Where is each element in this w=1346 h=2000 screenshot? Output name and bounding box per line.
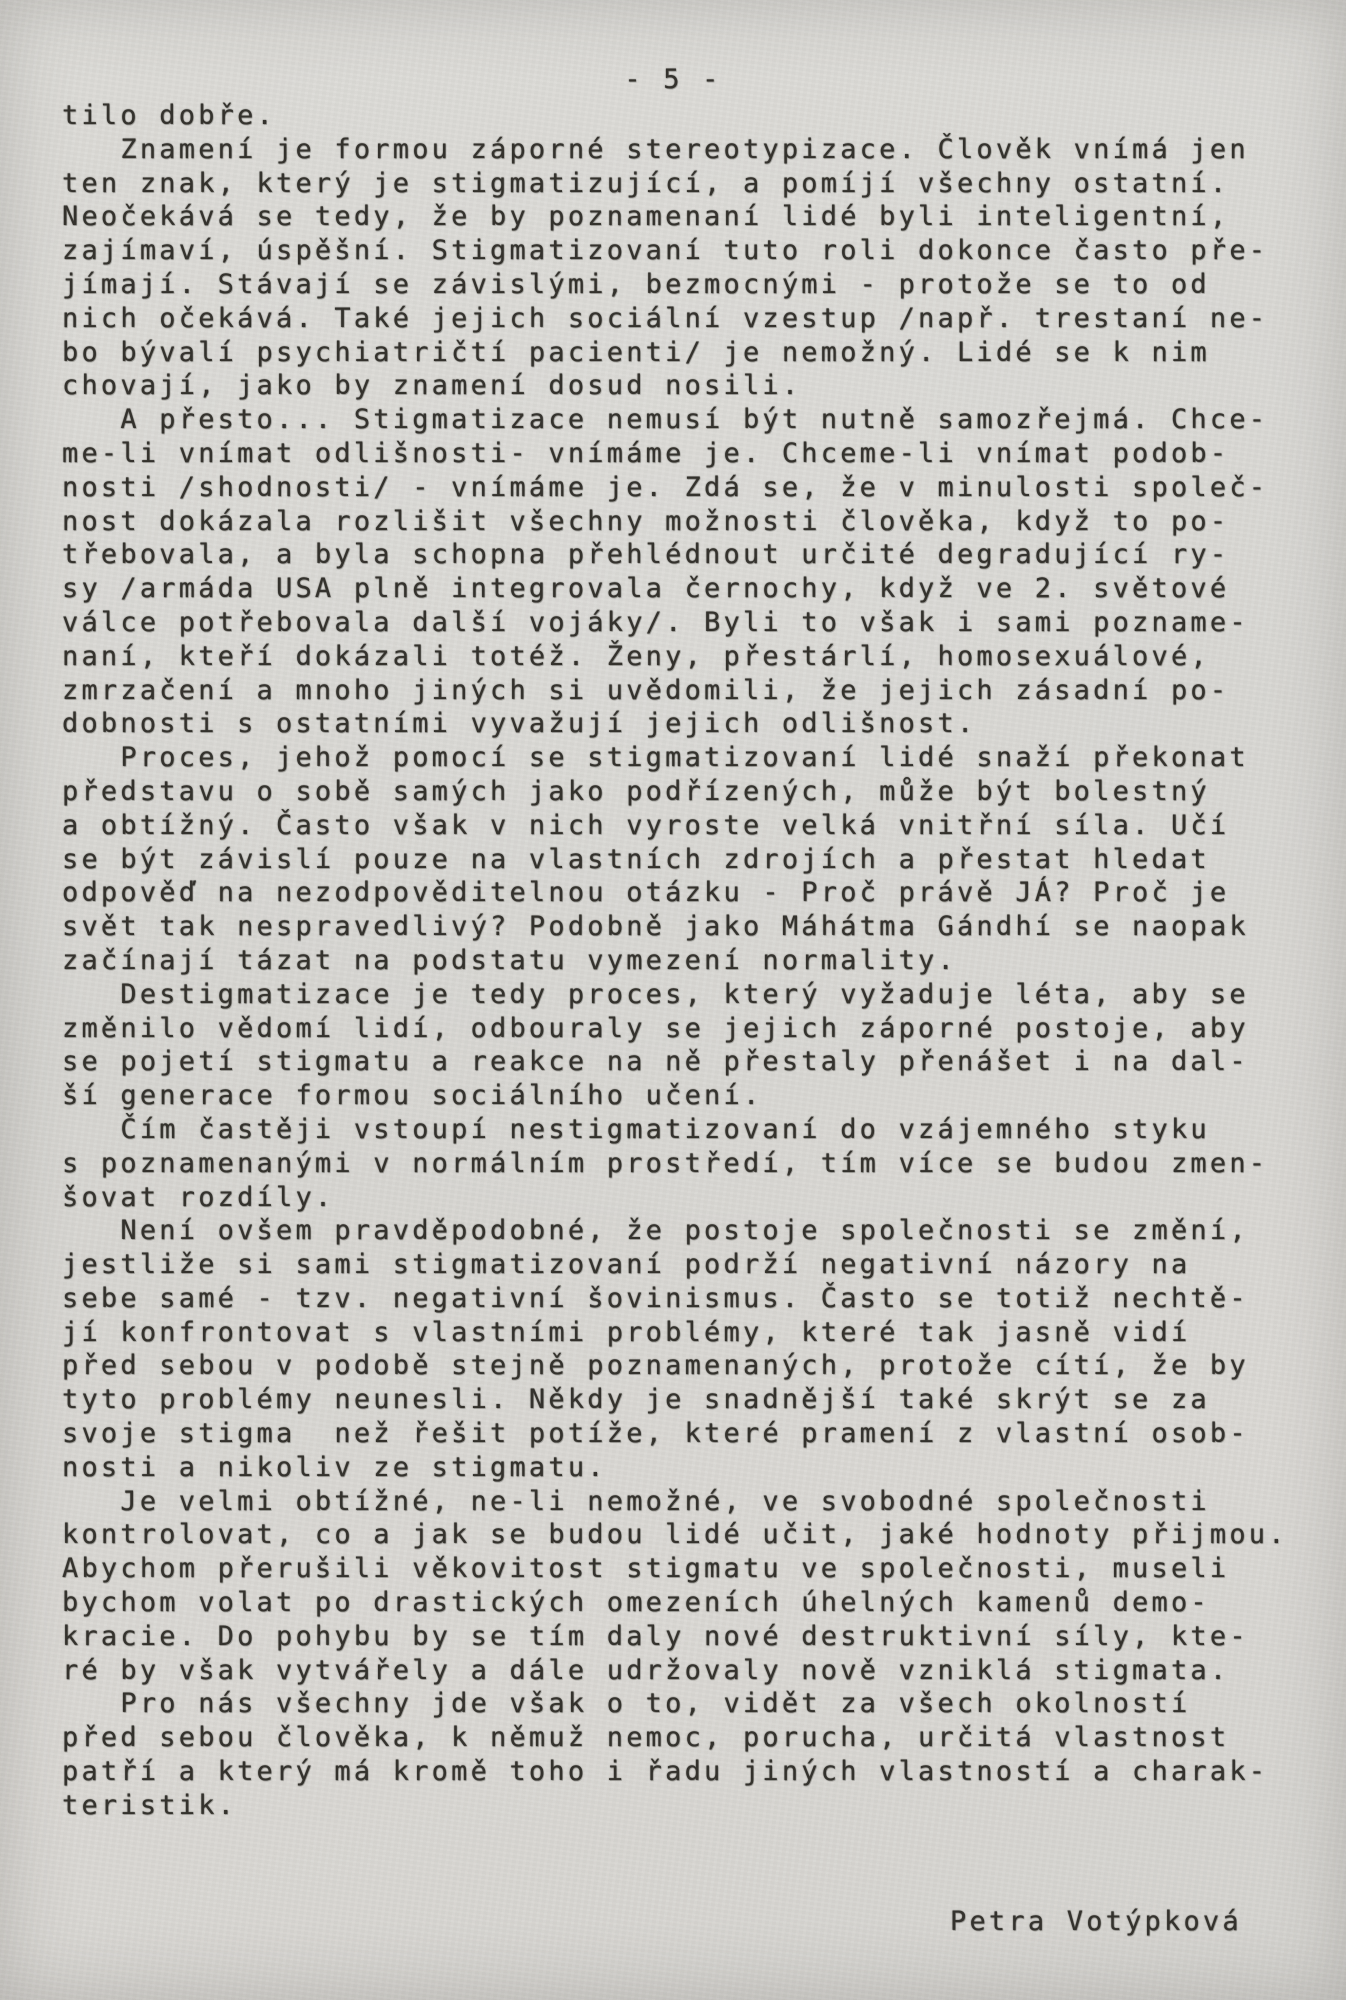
text-line: ten znak, který je stigmatizující, a pom… [62,167,1330,201]
text-line: válce potřebovala další vojáky/. Byli to… [62,606,1330,640]
text-line: tilo dobře. [62,99,1330,133]
text-line: začínají tázat na podstatu vymezení norm… [62,944,1330,978]
text-line: ší generace formou sociálního učení. [62,1079,1330,1113]
document-body-text: tilo dobře. Znamení je formou záporné st… [62,99,1330,1823]
text-line: patří a který má kromě toho i řadu jinýc… [62,1755,1330,1789]
text-line: chovají, jako by znamení dosud nosili. [62,369,1330,403]
text-line: nosti /shodnosti/ - vnímáme je. Zdá se, … [62,471,1330,505]
text-line: zajímaví, úspěšní. Stigmatizovaní tuto r… [62,234,1330,268]
text-line: s poznamenanými v normálním prostředí, t… [62,1147,1330,1181]
text-line: Pro nás všechny jde však o to, vidět za … [62,1687,1330,1721]
scanned-document-page: - 5 - tilo dobře. Znamení je formou zápo… [0,0,1346,2000]
text-line: teristik. [62,1789,1330,1823]
page-number: - 5 - [0,64,1346,95]
text-line: Neočekává se tedy, že by poznamenaní lid… [62,200,1330,234]
text-line: představu o sobě samých jako podřízených… [62,775,1330,809]
text-line: nosti a nikoliv ze stigmatu. [62,1451,1330,1485]
text-line: bo bývalí psychiatričtí pacienti/ je nem… [62,336,1330,370]
text-line: a obtížný. Často však v nich vyroste vel… [62,809,1330,843]
text-line: kracie. Do pohybu by se tím daly nové de… [62,1620,1330,1654]
text-line: Je velmi obtížné, ne-li nemožné, ve svob… [62,1485,1330,1519]
text-line: nost dokázala rozlišit všechny možnosti … [62,505,1330,539]
text-line: Proces, jehož pomocí se stigmatizovaní l… [62,741,1330,775]
text-line: před sebou v podobě stejně poznamenaných… [62,1349,1330,1383]
text-line: svoje stigma než řešit potíže, které pra… [62,1417,1330,1451]
text-line: zmrzačení a mnoho jiných si uvědomili, ž… [62,674,1330,708]
text-line: A přesto... Stigmatizace nemusí být nutn… [62,403,1330,437]
text-line: Není ovšem pravděpodobné, že postoje spo… [62,1214,1330,1248]
text-line: před sebou člověka, k němuž nemoc, poruc… [62,1721,1330,1755]
text-line: bychom volat po drastických omezeních úh… [62,1586,1330,1620]
text-line: se být závislí pouze na vlastních zdrojí… [62,843,1330,877]
text-line: šovat rozdíly. [62,1181,1330,1215]
text-line: jestliže si sami stigmatizovaní podrží n… [62,1248,1330,1282]
text-line: me-li vnímat odlišnosti- vnímáme je. Chc… [62,437,1330,471]
text-line: se pojetí stigmatu a reakce na ně přesta… [62,1045,1330,1079]
text-line: naní, kteří dokázali totéž. Ženy, přestá… [62,640,1330,674]
text-line: Znamení je formou záporné stereotypizace… [62,133,1330,167]
text-line: dobnosti s ostatními vyvažují jejich odl… [62,707,1330,741]
text-line: jí konfrontovat s vlastními problémy, kt… [62,1316,1330,1350]
text-line: sebe samé - tzv. negativní šovinismus. Č… [62,1282,1330,1316]
text-line: Destigmatizace je tedy proces, který vyž… [62,978,1330,1012]
text-line: sy /armáda USA plně integrovala černochy… [62,572,1330,606]
text-line: Čím častěji vstoupí nestigmatizovaní do … [62,1113,1330,1147]
text-line: nich očekává. Také jejich sociální vzest… [62,302,1330,336]
text-line: změnilo vědomí lidí, odbouraly se jejich… [62,1012,1330,1046]
text-line: svět tak nespravedlivý? Podobně jako Máh… [62,910,1330,944]
author-signature: Petra Votýpková [950,1906,1242,1937]
text-line: třebovala, a byla schopna přehlédnout ur… [62,538,1330,572]
text-line: ré by však vytvářely a dále udržovaly no… [62,1654,1330,1688]
text-line: jímají. Stávají se závislými, bezmocnými… [62,268,1330,302]
text-line: kontrolovat, co a jak se budou lidé učit… [62,1518,1330,1552]
text-line: odpověď na nezodpověditelnou otázku - Pr… [62,876,1330,910]
text-line: tyto problémy neunesli. Někdy je snadněj… [62,1383,1330,1417]
text-line: Abychom přerušili věkovitost stigmatu ve… [62,1552,1330,1586]
